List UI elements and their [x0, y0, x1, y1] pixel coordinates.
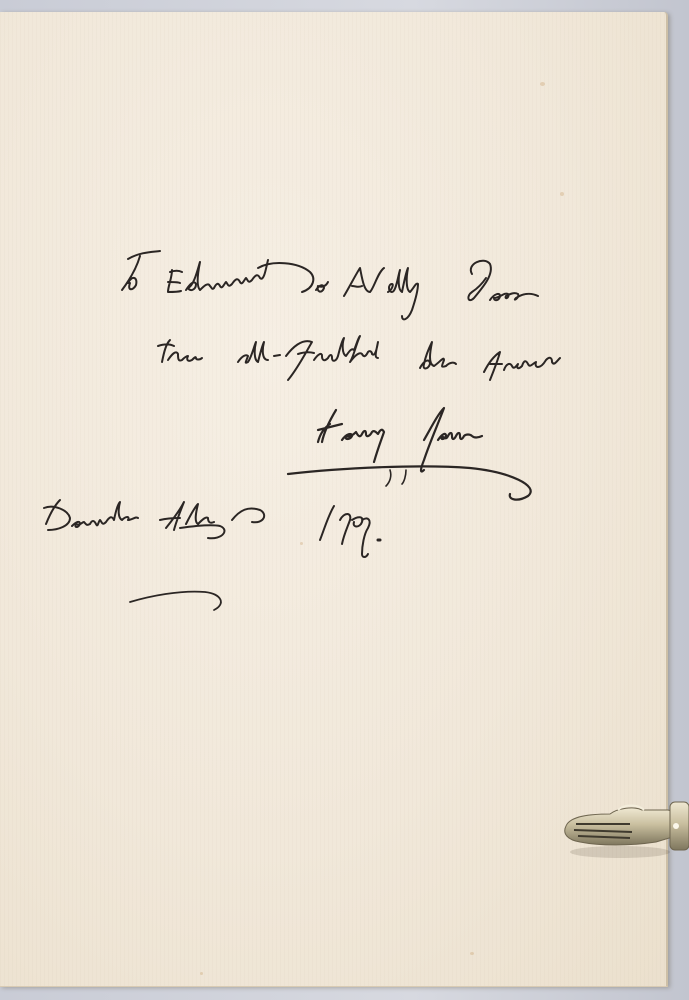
- inscription-date: [44, 500, 380, 557]
- inscription-line-2: [158, 336, 560, 380]
- signature-henry-james: [288, 408, 531, 500]
- hand-page-clip-icon: [560, 780, 689, 862]
- flourish-underline: [130, 592, 221, 610]
- inscription-line-1: [122, 251, 538, 319]
